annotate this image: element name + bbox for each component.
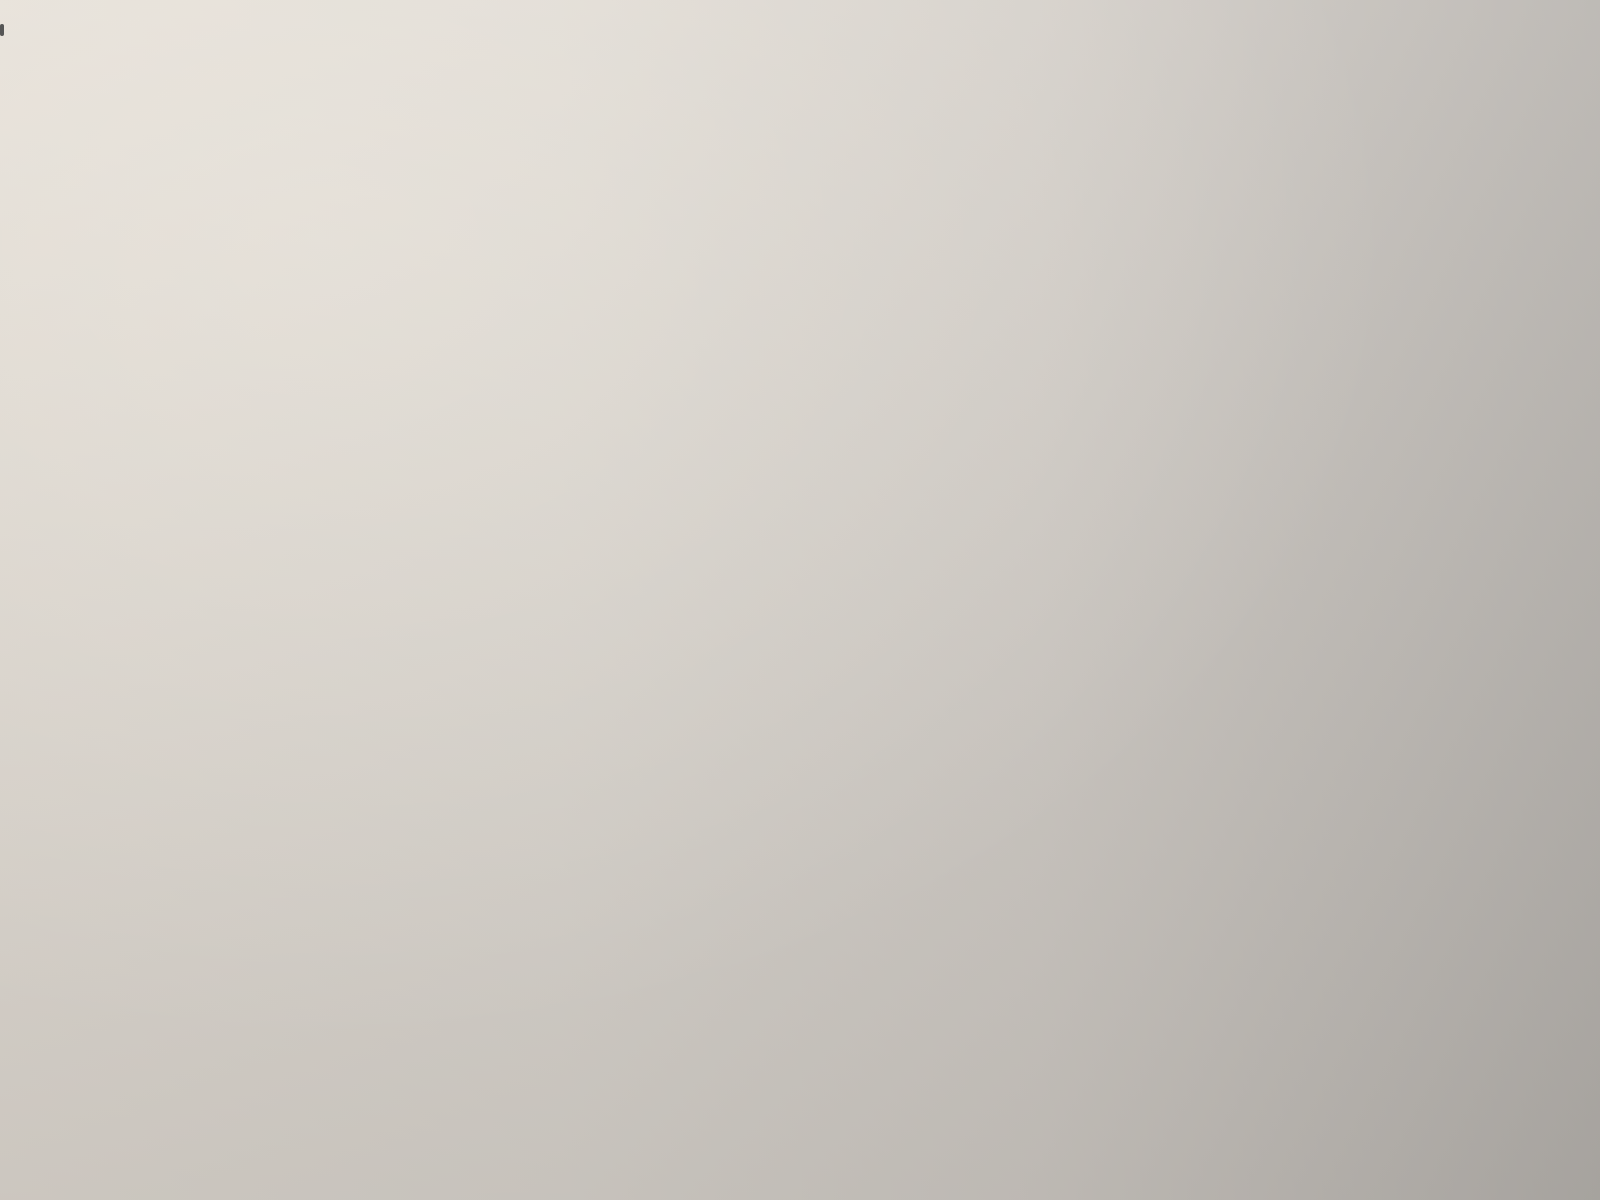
contract-page: [0, 0, 1600, 1200]
